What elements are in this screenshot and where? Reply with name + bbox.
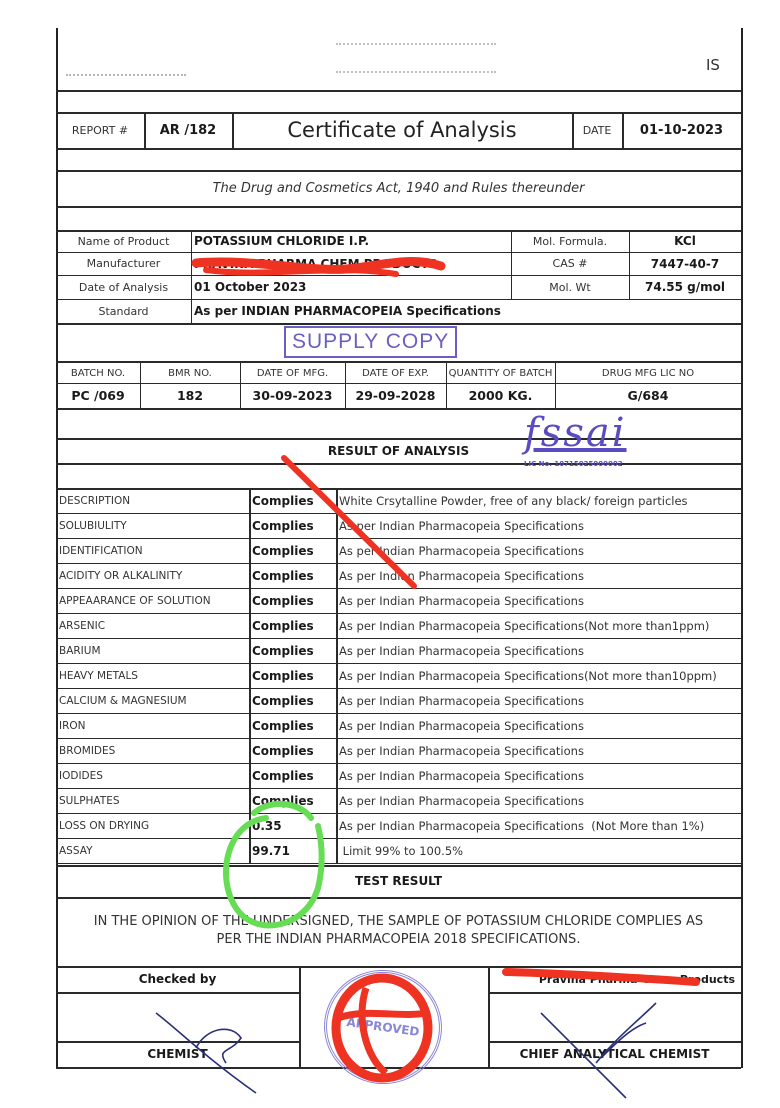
test-specification: As per Indian Pharmacopeia Specification… <box>336 788 741 813</box>
test-result: Complies <box>249 788 336 813</box>
test-name: SOLUBIULITY <box>56 513 249 538</box>
test-specification: As per Indian Pharmacopeia Specification… <box>336 813 741 838</box>
report-date: 01-10-2023 <box>622 112 741 148</box>
batch-header-cell: DRUG MFG LIC NO <box>555 363 741 383</box>
test-result: 0.35 <box>249 813 336 838</box>
test-name: HEAVY METALS <box>56 663 249 688</box>
batch-value-cell: 29-09-2028 <box>345 383 446 408</box>
test-specification: As per Indian Pharmacopeia Specification… <box>336 563 741 588</box>
date-label: DATE <box>572 112 622 148</box>
fssai-license: LIC No. 10715025000002 <box>524 460 644 468</box>
mol-wt: 74.55 g/mol <box>629 275 741 299</box>
test-name: ASSAY <box>56 838 249 863</box>
batch-header-cell: QUANTITY OF BATCH <box>446 363 555 383</box>
test-name: IRON <box>56 713 249 738</box>
test-name: BROMIDES <box>56 738 249 763</box>
test-result: Complies <box>249 663 336 688</box>
letterhead-right-fragment: IS <box>706 56 720 74</box>
batch-value-cell: 30-09-2023 <box>240 383 345 408</box>
product-name: POTASSIUM CHLORIDE I.P. <box>191 230 511 252</box>
test-name: ACIDITY OR ALKALINITY <box>56 563 249 588</box>
chief-chemist-label: CHIEF ANALYTICAL CHEMIST <box>488 1041 741 1067</box>
cas-number: 7447-40-7 <box>629 252 741 275</box>
batch-value-cell: 182 <box>140 383 240 408</box>
test-name: BARIUM <box>56 638 249 663</box>
test-result-heading: TEST RESULT <box>56 865 741 897</box>
letterhead-text-faded <box>336 43 496 73</box>
test-specification: As per Indian Pharmacopeia Specification… <box>336 613 741 638</box>
test-result: Complies <box>249 738 336 763</box>
batch-header-cell: DATE OF MFG. <box>240 363 345 383</box>
batch-header-cell: DATE OF EXP. <box>345 363 446 383</box>
chemist-label: CHEMIST <box>56 1041 299 1067</box>
test-name: LOSS ON DRYING <box>56 813 249 838</box>
test-result: 99.71 <box>249 838 336 863</box>
test-result: Complies <box>249 613 336 638</box>
test-result: Complies <box>249 513 336 538</box>
page-title: Certificate of Analysis <box>232 112 572 148</box>
company-name-redacted: Pravina Pharma Chem Products <box>488 966 741 992</box>
fssai-logo: fssai <box>524 406 644 460</box>
test-result: Complies <box>249 638 336 663</box>
test-specification: As per Indian Pharmacopeia Specification… <box>336 513 741 538</box>
test-name: DESCRIPTION <box>56 488 249 513</box>
report-number: AR /182 <box>144 112 232 148</box>
batch-value-cell: PC /069 <box>56 383 140 408</box>
product-name-label: Name of Product <box>56 230 191 252</box>
supply-copy-stamp: SUPPLY COPY <box>284 326 457 358</box>
checked-by-label: Checked by <box>56 966 299 992</box>
cas-label: CAS # <box>511 252 629 275</box>
standard-label: Standard <box>56 299 191 323</box>
mol-formula: KCl <box>629 230 741 252</box>
letterhead: IS <box>56 28 741 90</box>
test-name: ARSENIC <box>56 613 249 638</box>
test-result: Complies <box>249 588 336 613</box>
certificate-page: IS REPORT # AR /182 Certificate of Analy… <box>56 28 741 1080</box>
batch-header-cell: BATCH NO. <box>56 363 140 383</box>
test-name: SULPHATES <box>56 788 249 813</box>
test-name: CALCIUM & MAGNESIUM <box>56 688 249 713</box>
test-specification: As per Indian Pharmacopeia Specification… <box>336 638 741 663</box>
standard-value: As per INDIAN PHARMACOPEIA Specification… <box>191 299 641 323</box>
test-specification: As per Indian Pharmacopeia Specification… <box>336 763 741 788</box>
test-specification: White Crsytalline Powder, free of any bl… <box>336 488 741 513</box>
test-result: Complies <box>249 538 336 563</box>
manufacturer-name-redacted: PRAVINA PHARMA CHEM PRODUCTS <box>191 252 511 275</box>
approved-stamp-text: APPROVED <box>346 1015 421 1039</box>
manufacturer-label: Manufacturer <box>56 252 191 275</box>
batch-value-cell: G/684 <box>555 383 741 408</box>
analysis-date: 01 October 2023 <box>191 275 511 299</box>
test-specification: As per Indian Pharmacopeia Specification… <box>336 713 741 738</box>
letterhead-logo-faded <box>66 36 186 76</box>
test-specification: As per Indian Pharmacopeia Specification… <box>336 688 741 713</box>
batch-header-cell: BMR NO. <box>140 363 240 383</box>
batch-value-cell: 2000 KG. <box>446 383 555 408</box>
test-result: Complies <box>249 563 336 588</box>
test-specification: As per Indian Pharmacopeia Specification… <box>336 588 741 613</box>
act-line: The Drug and Cosmetics Act, 1940 and Rul… <box>56 170 741 206</box>
test-specification: Limit 99% to 100.5% <box>336 838 741 863</box>
test-result: Complies <box>249 488 336 513</box>
test-specification: As per Indian Pharmacopeia Specification… <box>336 738 741 763</box>
test-result: Complies <box>249 763 336 788</box>
conclusion-text: IN THE OPINION OF THE UNDERSIGNED, THE S… <box>66 897 731 965</box>
analysis-date-label: Date of Analysis <box>56 275 191 299</box>
divider <box>56 90 741 92</box>
test-name: IODIDES <box>56 763 249 788</box>
test-result: Complies <box>249 713 336 738</box>
test-specification: As per Indian Pharmacopeia Specification… <box>336 663 741 688</box>
test-result: Complies <box>249 688 336 713</box>
test-name: APPEAARANCE OF SOLUTION <box>56 588 249 613</box>
mol-formula-label: Mol. Formula. <box>511 230 629 252</box>
mol-wt-label: Mol. Wt <box>511 275 629 299</box>
report-label: REPORT # <box>56 112 144 148</box>
test-name: IDENTIFICATION <box>56 538 249 563</box>
fssai-stamp: fssai LIC No. 10715025000002 <box>524 406 644 481</box>
test-specification: As per Indian Pharmacopeia Specification… <box>336 538 741 563</box>
